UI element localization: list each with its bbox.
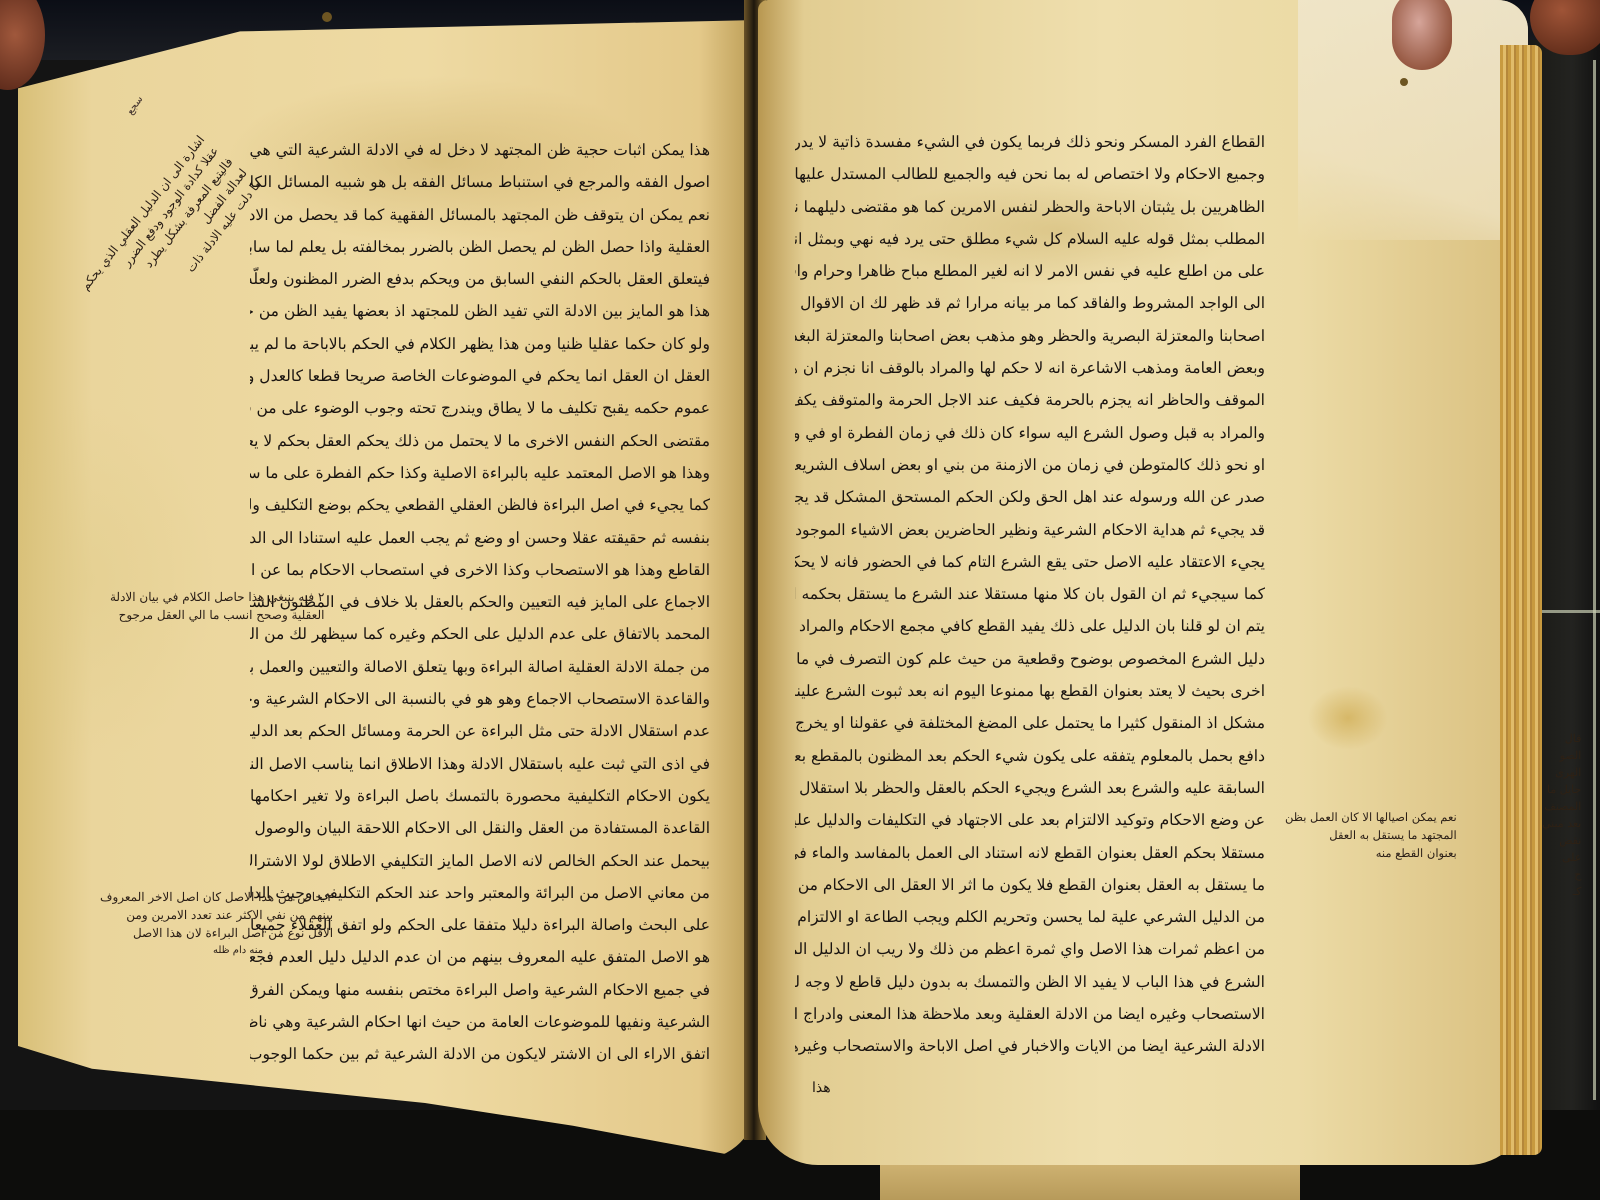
text-line: كما سيجيء ثم ان القول بان كلا منها مستقل… — [795, 578, 1265, 610]
margin-line: بعنوان القطع منه — [1285, 844, 1457, 862]
left-lower-margin-note: ٢ خاص من هذا الاصل كان اصل الاخر المعروف… — [100, 888, 333, 960]
text-line: كما يجيء في اصل البراءة فالظن العقلي الق… — [250, 489, 710, 521]
text-line: او نحو ذلك كالمتوطن في زمان من الازمنة م… — [795, 449, 1265, 481]
text-line: هذا هو المايز بين الادلة التي تفيد الظن … — [250, 295, 710, 327]
text-line: اخرى بحيث لا يعتد بعنوان القطع بها ممنوع… — [795, 675, 1265, 707]
manuscript-photo: سجع هذا يمكن اثبات حجية ظن المجتهد لا دخ… — [0, 0, 1600, 1200]
margin-line: نقض — [1542, 832, 1581, 849]
margin-line: على — [1542, 849, 1581, 866]
right-hand-thumb — [1392, 0, 1452, 70]
text-line: اصحابنا والمعتزلة البصرية والحظر وهو مذه… — [795, 320, 1265, 352]
text-line: القاطع وهذا هو الاستصحاب وكذا الاخرى في … — [250, 554, 710, 586]
text-line: من الدليل الشرعي علية لما يحسن وتحريم ال… — [795, 901, 1265, 933]
text-line: قد يجيء ثم هداية الاحكام الشرعية ونظير ا… — [795, 514, 1265, 546]
left-hand-thumb — [0, 0, 45, 90]
text-line: القاعدة المستفادة من العقل والنقل الى ال… — [250, 812, 710, 844]
ink-spot — [322, 12, 332, 22]
text-line: من اعظم ثمرات هذا الاصل واي ثمرة اعظم من… — [795, 933, 1265, 965]
margin-line: بعد مبني — [1542, 815, 1581, 832]
text-line: القطاع الفرد المسكر ونحو ذلك فربما يكون … — [795, 126, 1265, 158]
text-line: دافع بحمل بالمعلوم يتفقه على يكون شيء ال… — [795, 740, 1265, 772]
margin-line: المصنف — [1542, 798, 1581, 815]
text-line: بيحمل عند الحكم الخالص لانه الاصل المايز… — [250, 845, 710, 877]
text-line: السابقة عليه والشرع بعد الشرع ويجيء الحك… — [795, 772, 1265, 804]
text-line: في اذى التي ثبت عليه باستقلال الادلة وهذ… — [250, 748, 710, 780]
text-line: اتفق الاراء الى ان الاشتر لايكون من الاد… — [250, 1038, 710, 1070]
text-line: وجميع الاحكام ولا اختصاص له بما نحن فيه … — [795, 158, 1265, 190]
text-line: والمراد به قبل وصول الشرع اليه سواء كان … — [795, 417, 1265, 449]
text-line: العقل ان العقل انما يحكم في الموضوعات ال… — [250, 360, 710, 392]
margin-line: قال — [1542, 730, 1581, 747]
text-line: بنفسه ثم حقيقته عقلا وحسن او وضع ثم يجب … — [250, 522, 710, 554]
margin-line: بينهم من نفي الاكثر عند تعدد الامرين ومن — [100, 906, 333, 924]
text-line: في جميع الاحكام الشرعية واصل البراءة مخت… — [250, 974, 710, 1006]
margin-line: ٢ خاص من هذا الاصل كان اصل الاخر المعروف — [100, 888, 333, 906]
text-line: دليل الشرع المخصوص بوضوح وقطعية من حيث ع… — [795, 643, 1265, 675]
margin-line: جايل ما — [1542, 781, 1581, 798]
text-line: هذا يمكن اثبات حجية ظن المجتهد لا دخل له… — [250, 134, 710, 166]
text-line: صدر عن الله ورسوله عند اهل الحق ولكن الح… — [795, 481, 1265, 513]
text-line: ما يستقل به العقل بعنوان القطع فلا يكون … — [795, 869, 1265, 901]
margin-line: ح — [1542, 866, 1581, 883]
margin-signature: منه دام ظله — [100, 942, 333, 960]
text-line: اصول الفقه والمرجع في استنباط مسائل الفق… — [250, 166, 710, 198]
text-line: من جملة الادلة العقلية اصالة البراءة وبه… — [250, 651, 710, 683]
right-margin-note: نعم يمكن اصيالها الا كان العمل بظن المجت… — [1285, 808, 1457, 862]
text-line: الموقف والحاظر انه يجزم بالحرمة فكيف عند… — [795, 384, 1265, 416]
text-line: الى الواجد المشروط والفاقد كما مر بيانه … — [795, 287, 1265, 319]
text-line: على من اطلع عليه في نفس الامر لا انه لغي… — [795, 255, 1265, 287]
text-line: عن وضع الاحكام وتوكيد الالتزام بعد على ا… — [795, 804, 1265, 836]
text-line: وبعض العامة ومذهب الاشاعرة انه لا حكم له… — [795, 352, 1265, 384]
fore-edge-margin-note: قال الصو الهرى جايل ما المصنف بعد مبني ن… — [1542, 730, 1581, 900]
ink-spot — [1400, 78, 1408, 86]
text-line: ولو كان حكما عقليا ظنيا ومن هذا يظهر الك… — [250, 328, 710, 360]
text-line: يجيء الاعتقاد عليه الاصل حتى يقع الشرع ا… — [795, 546, 1265, 578]
margin-line: المجتهد ما يستقل به العقل — [1285, 826, 1457, 844]
margin-line: الاقل نوع من اصل البراءة لان هذا الاصل — [100, 924, 333, 942]
text-line: فيتعلق العقل بالحكم النفي السابق من ويحك… — [250, 263, 710, 295]
text-line: مشكل اذ المنقول كثيرا ما يحتمل على المضغ… — [795, 707, 1265, 739]
text-line: وهذا هو الاصل المعتمد عليه بالبراءة الاص… — [250, 457, 710, 489]
text-line: يتم ان لو قلنا بان الدليل على ذلك يفيد ا… — [795, 610, 1265, 642]
right-page-text-block: القطاع الفرد المسكر ونحو ذلك فربما يكون … — [795, 126, 1265, 1063]
margin-line: ٢ فيه ينبغي هذا حاصل الكلام في بيان الاد… — [110, 588, 324, 606]
text-line: الاستصحاب وغيره ايضا من الادلة العقلية و… — [795, 998, 1265, 1030]
text-line: نعم يمكن ان يتوقف ظن المجتهد بالمسائل ال… — [250, 199, 710, 231]
text-line: الظاهريين بل يثبتان الاباحة والحظر لنفس … — [795, 191, 1265, 223]
text-line: مقتضى الحكم النفس الاخرى ما لا يحتمل من … — [250, 425, 710, 457]
text-line: والقاعدة الاستصحاب الاجماع وهو هو في بال… — [250, 683, 710, 715]
margin-line: نعم يمكن اصيالها الا كان العمل بظن — [1285, 808, 1457, 826]
text-line: يكون الاحكام التكليفية محصورة بالتمسك با… — [250, 780, 710, 812]
margin-line: كـ — [1542, 883, 1581, 900]
text-line: الشرعية ونفيها للموضوعات العامة من حيث ا… — [250, 1006, 710, 1038]
text-line: عموم حكمه يقبح تكليف ما لا يطاق ويندرج ت… — [250, 392, 710, 424]
text-line: الادلة الشرعية ايضا من الايات والاخبار ف… — [795, 1030, 1265, 1062]
text-line: عدم استقلال الادلة حتى مثل البراءة عن ال… — [250, 715, 710, 747]
text-line: المطلب بمثل قوله عليه السلام كل شيء مطلق… — [795, 223, 1265, 255]
margin-line: الهرى — [1542, 764, 1581, 781]
margin-line: العقلية وصحح انسب ما الي العقل مرجوح — [110, 606, 324, 624]
left-mid-margin-note: ٢ فيه ينبغي هذا حاصل الكلام في بيان الاد… — [110, 588, 324, 624]
text-line: الشرع في هذا الباب لا يفيد الا الظن والت… — [795, 966, 1265, 998]
catchword: هذا — [812, 1080, 831, 1096]
fore-edge-pages — [1500, 45, 1542, 1155]
text-line: مستقلا بحكم العقل بعنوان القطع لانه استن… — [795, 837, 1265, 869]
text-line: العقلية واذا حصل الظن لم يحصل الظن بالضر… — [250, 231, 710, 263]
margin-line: الصو — [1542, 747, 1581, 764]
